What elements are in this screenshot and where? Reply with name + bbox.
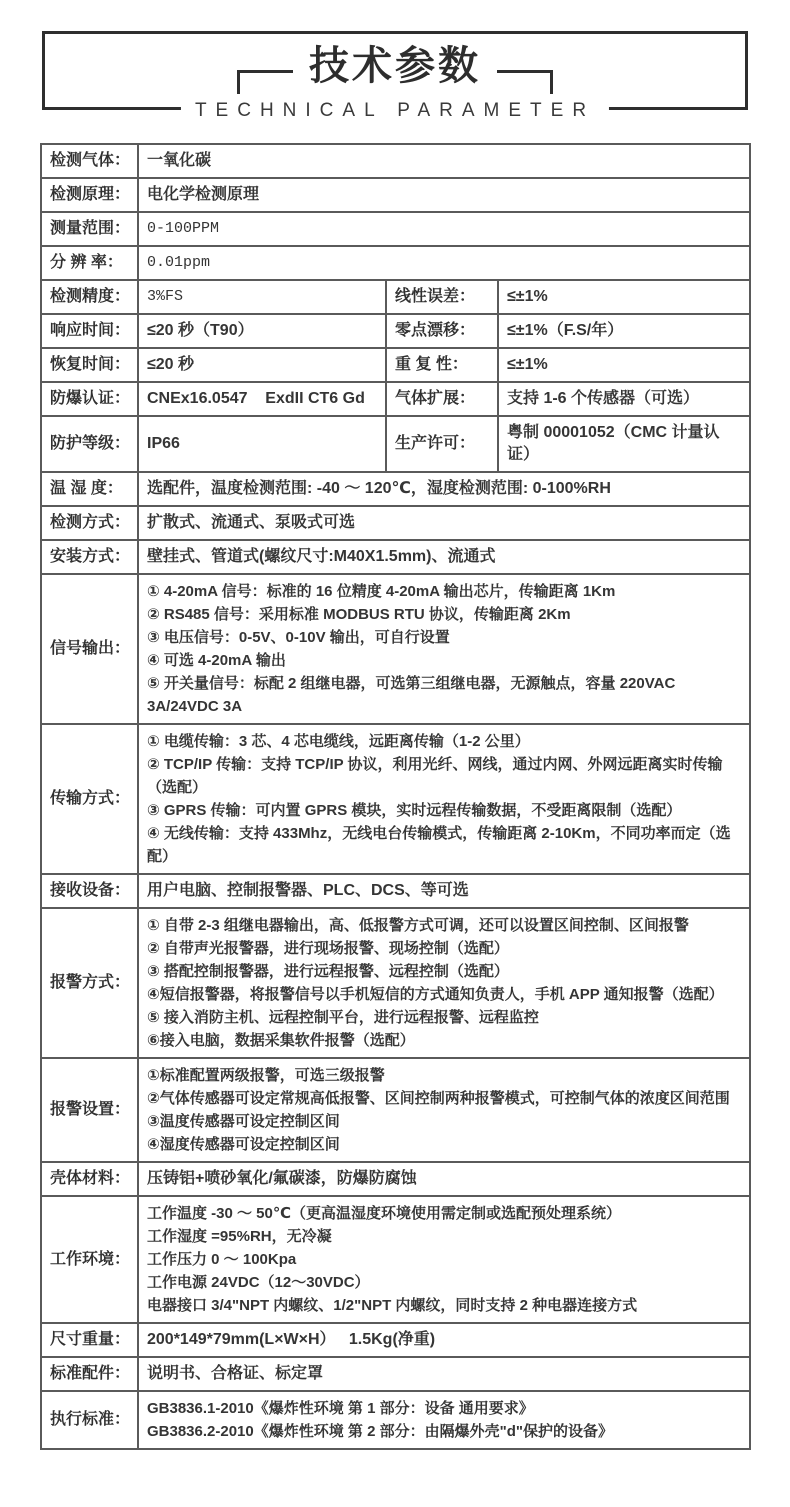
list-item: ④ 可选 4-20mA 输出 <box>147 649 741 672</box>
row-label: 检测气体： <box>41 144 138 178</box>
row-recovery-repeatability: 恢复时间： ≤20 秒 重 复 性： ≤±1% <box>41 348 750 382</box>
row-label: 标准配件： <box>41 1357 138 1391</box>
list-item: ④湿度传感器可设定控制区间 <box>147 1133 741 1156</box>
row-value: 工作温度 -30 ～ 50℃（更高温湿度环境使用需定制或选配预处理系统） 工作湿… <box>138 1196 750 1323</box>
row-label: 防爆认证： <box>41 382 138 416</box>
row-value: GB3836.1-2010《爆炸性环境 第 1 部分：设备 通用要求》 GB38… <box>138 1391 750 1449</box>
row-label-2: 线性误差： <box>386 280 498 314</box>
list-item: ② RS485 信号：采用标准 MODBUS RTU 协议，传输距离 2Km <box>147 603 741 626</box>
row-label: 执行标准： <box>41 1391 138 1449</box>
row-label: 报警方式： <box>41 908 138 1058</box>
row-value: 0.01ppm <box>138 246 750 280</box>
row-label-2: 气体扩展： <box>386 382 498 416</box>
row-signal-output: 信号输出： ① 4-20mA 信号：标准的 16 位精度 4-20mA 输出芯片… <box>41 574 750 724</box>
row-label: 壳体材料： <box>41 1162 138 1196</box>
row-working-env: 工作环境： 工作温度 -30 ～ 50℃（更高温湿度环境使用需定制或选配预处理系… <box>41 1196 750 1323</box>
row-label: 防护等级： <box>41 416 138 472</box>
spec-table: 检测气体： 一氧化碳 检测原理： 电化学检测原理 测量范围： 0-100PPM … <box>40 143 751 1450</box>
list-item: ①标准配置两级报警，可选三级报警 <box>147 1064 741 1087</box>
row-detection-mode: 检测方式： 扩散式、流通式、泵吸式可选 <box>41 506 750 540</box>
row-label: 温 湿 度： <box>41 472 138 506</box>
row-resolution: 分 辨 率： 0.01ppm <box>41 246 750 280</box>
row-label: 接收设备： <box>41 874 138 908</box>
list-item: ⑤ 开关量信号：标配 2 组继电器，可选第三组继电器，无源触点，容量 220VA… <box>147 672 741 718</box>
row-value-2: 支持 1-6 个传感器（可选） <box>498 382 750 416</box>
row-label: 尺寸重量： <box>41 1323 138 1357</box>
row-value: 电化学检测原理 <box>138 178 750 212</box>
row-excert-gasexpand: 防爆认证： CNEx16.0547 ExdII CT6 Gd 气体扩展： 支持 … <box>41 382 750 416</box>
list-item: ②气体传感器可设定常规高低报警、区间控制两种报警模式，可控制气体的浓度区间范围 <box>147 1087 741 1110</box>
page-subtitle: TECHNICAL PARAMETER <box>181 100 609 122</box>
row-label: 工作环境： <box>41 1196 138 1323</box>
row-response-zerodrift: 响应时间： ≤20 秒（T90） 零点漂移： ≤±1%（F.S/年） <box>41 314 750 348</box>
row-value: CNEx16.0547 ExdII CT6 Gd <box>138 382 386 416</box>
row-gas: 检测气体： 一氧化碳 <box>41 144 750 178</box>
list-item: ② TCP/IP 传输：支持 TCP/IP 协议，利用光纤、网线，通过内网、外网… <box>147 753 741 799</box>
row-label: 安装方式： <box>41 540 138 574</box>
list-item: ③温度传感器可设定控制区间 <box>147 1110 741 1133</box>
row-value: ① 4-20mA 信号：标准的 16 位精度 4-20mA 输出芯片，传输距离 … <box>138 574 750 724</box>
row-label: 信号输出： <box>41 574 138 724</box>
row-ip-license: 防护等级： IP66 生产许可： 粤制 00001052（CMC 计量认证） <box>41 416 750 472</box>
row-label-2: 零点漂移： <box>386 314 498 348</box>
list-item: 工作电源 24VDC（12～30VDC） <box>147 1271 741 1294</box>
row-value-2: 粤制 00001052（CMC 计量认证） <box>498 416 750 472</box>
row-value: IP66 <box>138 416 386 472</box>
row-alarm-setting: 报警设置： ①标准配置两级报警，可选三级报警 ②气体传感器可设定常规高低报警、区… <box>41 1058 750 1162</box>
row-value: ≤20 秒 <box>138 348 386 382</box>
row-installation: 安装方式： 壁挂式、管道式(螺纹尺寸:M40X1.5mm)、流通式 <box>41 540 750 574</box>
row-principle: 检测原理： 电化学检测原理 <box>41 178 750 212</box>
list-item: GB3836.1-2010《爆炸性环境 第 1 部分：设备 通用要求》 <box>147 1397 741 1420</box>
page-title: 技术参数 <box>309 42 481 90</box>
row-value-2: ≤±1%（F.S/年） <box>498 314 750 348</box>
list-item: 工作湿度 =95%RH，无冷凝 <box>147 1225 741 1248</box>
row-label-2: 生产许可： <box>386 416 498 472</box>
list-item: ① 电缆传输：3 芯、4 芯电缆线，远距离传输（1-2 公里） <box>147 730 741 753</box>
row-value: 压铸铝+喷砂氧化/氟碳漆，防爆防腐蚀 <box>138 1162 750 1196</box>
list-item: ⑥接入电脑，数据采集软件报警（选配） <box>147 1029 741 1052</box>
corner-bracket-right-icon <box>497 70 553 94</box>
list-item: GB3836.2-2010《爆炸性环境 第 2 部分：由隔爆外壳"d"保护的设备… <box>147 1420 741 1443</box>
header-banner: 技术参数 TECHNICAL PARAMETER <box>42 31 748 110</box>
row-value: ① 电缆传输：3 芯、4 芯电缆线，远距离传输（1-2 公里） ② TCP/IP… <box>138 724 750 874</box>
row-value: 扩散式、流通式、泵吸式可选 <box>138 506 750 540</box>
list-item: ③ GPRS 传输：可内置 GPRS 模块，实时远程传输数据，不受距离限制（选配… <box>147 799 741 822</box>
row-value: 0-100PPM <box>138 212 750 246</box>
row-label-2: 重 复 性： <box>386 348 498 382</box>
list-item: ② 自带声光报警器，进行现场报警、现场控制（选配） <box>147 937 741 960</box>
row-size-weight: 尺寸重量： 200*149*79mm(L×W×H） 1.5Kg(净重) <box>41 1323 750 1357</box>
row-value: 一氧化碳 <box>138 144 750 178</box>
row-range: 测量范围： 0-100PPM <box>41 212 750 246</box>
row-value: 3%FS <box>138 280 386 314</box>
row-label: 检测原理： <box>41 178 138 212</box>
list-item: ③ 电压信号：0-5V、0-10V 输出，可自行设置 <box>147 626 741 649</box>
list-item: ④ 无线传输：支持 433Mhz，无线电台传输模式，传输距离 2-10Km，不同… <box>147 822 741 868</box>
row-label: 恢复时间： <box>41 348 138 382</box>
row-label: 测量范围： <box>41 212 138 246</box>
row-label: 响应时间： <box>41 314 138 348</box>
list-item: 工作温度 -30 ～ 50℃（更高温湿度环境使用需定制或选配预处理系统） <box>147 1202 741 1225</box>
row-accessories: 标准配件： 说明书、合格证、标定罩 <box>41 1357 750 1391</box>
row-label: 检测方式： <box>41 506 138 540</box>
row-shell-material: 壳体材料： 压铸铝+喷砂氧化/氟碳漆，防爆防腐蚀 <box>41 1162 750 1196</box>
row-value: ① 自带 2-3 组继电器输出，高、低报警方式可调，还可以设置区间控制、区间报警… <box>138 908 750 1058</box>
row-label: 报警设置： <box>41 1058 138 1162</box>
row-value: 选配件，温度检测范围: -40 ～ 120℃，湿度检测范围: 0-100%RH <box>138 472 750 506</box>
row-accuracy-linearity: 检测精度： 3%FS 线性误差： ≤±1% <box>41 280 750 314</box>
row-label: 传输方式： <box>41 724 138 874</box>
row-value: 用户电脑、控制报警器、PLC、DCS、等可选 <box>138 874 750 908</box>
list-item: ① 自带 2-3 组继电器输出，高、低报警方式可调，还可以设置区间控制、区间报警 <box>147 914 741 937</box>
row-transmission: 传输方式： ① 电缆传输：3 芯、4 芯电缆线，远距离传输（1-2 公里） ② … <box>41 724 750 874</box>
row-standards: 执行标准： GB3836.1-2010《爆炸性环境 第 1 部分：设备 通用要求… <box>41 1391 750 1449</box>
list-item: ⑤ 接入消防主机、远程控制平台，进行远程报警、远程监控 <box>147 1006 741 1029</box>
row-value-2: ≤±1% <box>498 280 750 314</box>
list-item: 电器接口 3/4"NPT 内螺纹、1/2"NPT 内螺纹，同时支持 2 种电器连… <box>147 1294 741 1317</box>
row-value-2: ≤±1% <box>498 348 750 382</box>
list-item: ④短信报警器，将报警信号以手机短信的方式通知负责人，手机 APP 通知报警（选配… <box>147 983 741 1006</box>
row-receiving-device: 接收设备： 用户电脑、控制报警器、PLC、DCS、等可选 <box>41 874 750 908</box>
row-label: 检测精度： <box>41 280 138 314</box>
row-value: ①标准配置两级报警，可选三级报警 ②气体传感器可设定常规高低报警、区间控制两种报… <box>138 1058 750 1162</box>
row-value: ≤20 秒（T90） <box>138 314 386 348</box>
row-alarm-mode: 报警方式： ① 自带 2-3 组继电器输出，高、低报警方式可调，还可以设置区间控… <box>41 908 750 1058</box>
list-item: ③ 搭配控制报警器，进行远程报警、远程控制（选配） <box>147 960 741 983</box>
list-item: 工作压力 0 ～ 100Kpa <box>147 1248 741 1271</box>
row-value: 说明书、合格证、标定罩 <box>138 1357 750 1391</box>
row-value: 壁挂式、管道式(螺纹尺寸:M40X1.5mm)、流通式 <box>138 540 750 574</box>
list-item: ① 4-20mA 信号：标准的 16 位精度 4-20mA 输出芯片，传输距离 … <box>147 580 741 603</box>
row-temp-humidity: 温 湿 度： 选配件，温度检测范围: -40 ～ 120℃，湿度检测范围: 0-… <box>41 472 750 506</box>
row-value: 200*149*79mm(L×W×H） 1.5Kg(净重) <box>138 1323 750 1357</box>
row-label: 分 辨 率： <box>41 246 138 280</box>
header-title-group: 技术参数 <box>45 42 745 94</box>
corner-bracket-left-icon <box>237 70 293 94</box>
